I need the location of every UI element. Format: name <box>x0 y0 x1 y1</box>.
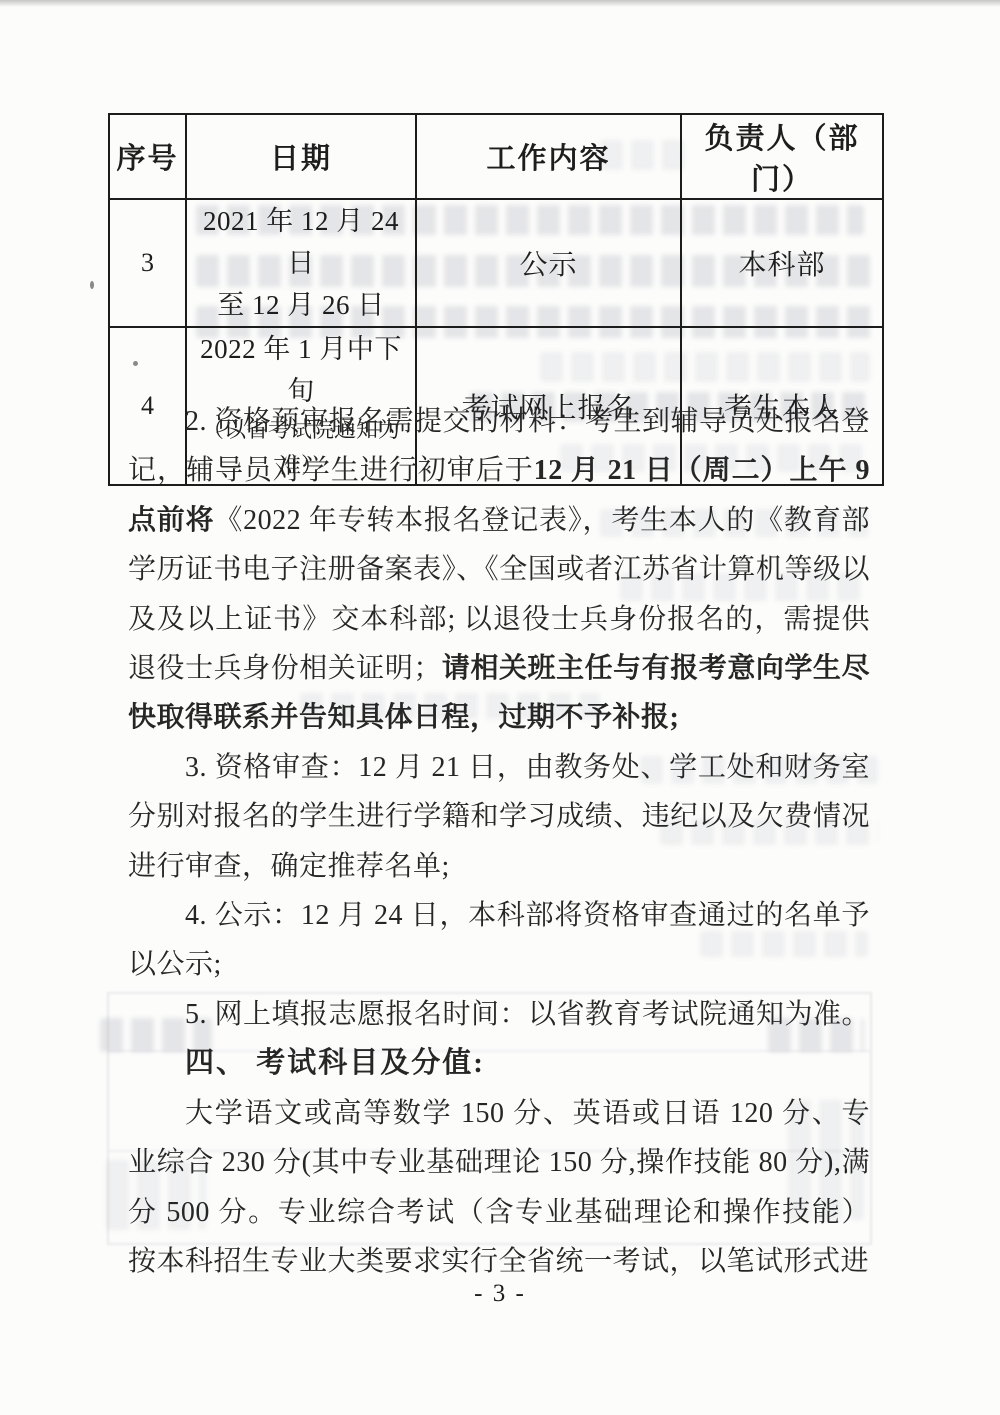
row-date: 2021 年 12 月 24 日至 12 月 26 日 <box>186 199 416 327</box>
date-line: 至 12 月 26 日 <box>191 284 411 326</box>
text-segment: 4. 公示：12 月 24 日，本科部将资格审查通过的名单予以公示; <box>128 900 870 980</box>
page-number: - 3 - <box>0 1280 1000 1308</box>
table-row: 32021 年 12 月 24 日至 12 月 26 日公示本科部 <box>109 199 883 327</box>
paragraph: 大学语文或高等数学 150 分、英语或日语 120 分、专业综合 230 分(其… <box>128 1089 870 1287</box>
paragraph: 3. 资格审查：12 月 21 日，由教务处、学工处和财务室分别对报名的学生进行… <box>128 743 870 891</box>
paragraph: 5. 网上填报志愿报名时间：以省教育考试院通知为准。 <box>128 990 870 1039</box>
table-header-row: 序号日期工作内容负责人（部门） <box>109 114 883 199</box>
row-seq: 3 <box>109 199 186 327</box>
paragraph: 2. 资格预审报名需提交的材料：考生到辅导员处报名登记，辅导员对学生进行初审后于… <box>128 397 870 743</box>
table-header-cell: 工作内容 <box>416 114 681 199</box>
text-segment: 3. 资格审查：12 月 21 日，由教务处、学工处和财务室分别对报名的学生进行… <box>128 752 870 882</box>
row-owner: 本科部 <box>681 199 883 327</box>
table-header-cell: 日期 <box>186 114 416 199</box>
document-page: 序号日期工作内容负责人（部门） 32021 年 12 月 24 日至 12 月 … <box>0 0 1000 1415</box>
document-body: 2. 资格预审报名需提交的材料：考生到辅导员处报名登记，辅导员对学生进行初审后于… <box>128 397 870 1286</box>
table-header-cell: 序号 <box>109 114 186 199</box>
text-segment: 5. 网上填报志愿报名时间：以省教育考试院通知为准。 <box>185 999 870 1030</box>
text-segment: 四、 考试科目及分值: <box>185 1047 485 1079</box>
date-line: 2021 年 12 月 24 日 <box>191 200 411 284</box>
row-task: 公示 <box>416 199 681 327</box>
paragraph: 4. 公示：12 月 24 日，本科部将资格审查通过的名单予以公示; <box>128 891 870 990</box>
table-header-cell: 负责人（部门） <box>681 114 883 199</box>
section-heading: 四、 考试科目及分值: <box>128 1039 870 1088</box>
text-segment: 大学语文或高等数学 150 分、英语或日语 120 分、专业综合 230 分(其… <box>128 1098 870 1277</box>
scan-speck <box>90 281 94 289</box>
